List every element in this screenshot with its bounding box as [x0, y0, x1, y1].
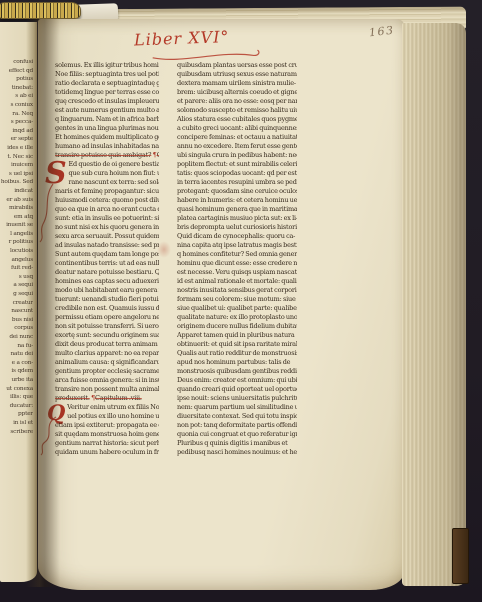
text-line: gentium propter ecclesię sacramentum in — [55, 367, 159, 376]
text-column-right: quibusdam plantas uersas esse post crura… — [177, 61, 297, 457]
text-line: diuersitate contexat. Sed qui totu inspi… — [177, 412, 297, 421]
text-line: credibile non est. Quamuis iussu dei siu… — [55, 304, 159, 313]
photo-backdrop: confusieffect qdpotiustinebat:s ab eis c… — [0, 0, 482, 602]
margin-fragment-line: inuicem — [0, 161, 33, 170]
text-line: annu no excedere. Item ferut esse gentem — [177, 142, 297, 151]
margin-fragment-line: na fu- — [0, 342, 33, 351]
text-line: totidemq lingue per terras esse coeperut… — [55, 88, 159, 97]
text-line: quibusdam plantas uersas esse post crura… — [177, 61, 297, 70]
margin-fragment-line: bus nisi — [0, 316, 33, 325]
text-line: q linguarum. Nam et in africa barbaras — [55, 115, 159, 124]
text-line: quando creari quid oporteat uel oportuer… — [177, 385, 297, 394]
text-column-left: solemus. Ex illis igitur tribus hominibu… — [55, 61, 159, 457]
margin-fragment-line: confusi — [0, 58, 33, 67]
text-line: in terra iacentes resupini umbra se pedu — [177, 178, 297, 187]
text-line: siue qualibet ui: qualibet parte: qualib… — [177, 304, 297, 313]
margin-fragment-line: in isl et — [0, 419, 33, 428]
text-line: solemus. Ex illis igitur tribus hominibu… — [55, 61, 159, 70]
left-margin-fragments: confusieffect qdpotiustinebat:s ab eis c… — [0, 58, 33, 436]
margin-fragment-line: corpus — [0, 324, 33, 333]
text-line: animalium causa: q significandaru uariet… — [55, 358, 159, 367]
margin-fragment-line: e a con- — [0, 359, 33, 368]
text-line: tatis: quos sciopodas uocant: qd per est… — [177, 169, 297, 178]
text-line: dixit deus producat terra animam uiuam: — [55, 340, 159, 349]
text-line: humano ad insulas inhabitadas nauigio — [55, 142, 159, 151]
running-title-text: Liber XVI° — [134, 27, 230, 49]
text-line: apud nos hominum partubus: talis de — [177, 358, 297, 367]
text-line: hominu que dicunt esse: esse credere non — [177, 259, 297, 268]
margin-fragment-line: effect qd — [0, 67, 33, 76]
headband — [0, 2, 81, 19]
margin-fragment-line: a sequi — [0, 281, 33, 290]
margin-fragment-line: s uel ipsi — [0, 170, 33, 179]
text-line: quę crescedo et insulas impleuerut. Auct… — [55, 97, 159, 106]
text-line: tuerunt: uenandi studio fieri potuisse i… — [55, 295, 159, 304]
ink-offset-stain — [157, 241, 171, 258]
text-line: id est animal rationale et mortale: qual… — [177, 277, 297, 286]
margin-fragment-line: inuenit se — [0, 221, 33, 230]
margin-fragment-line: scribere — [0, 428, 33, 437]
text-line: platea cartaginis musiuo picta sut: ex l… — [177, 214, 297, 223]
right-page: Liber XVI° 163 solemus. Ex illis igitur … — [38, 19, 404, 590]
text-line: formam seu colorem: siue motum: siue son… — [177, 295, 297, 304]
text-line: Noe filiis: septuaginta tres uel potius … — [55, 70, 159, 79]
text-line: uel potius ex illo uno homine unde — [67, 412, 159, 421]
margin-fragment-line: t. Nec sic — [0, 153, 33, 162]
text-line: ad insulas natado transisse: sed proxima… — [55, 241, 159, 250]
margin-fragment-line: ut conexa — [0, 385, 33, 394]
text-line: nem: quarum partium uel similitudine uel — [177, 403, 297, 412]
text-line: ubi singula crura in pedibus habent: nec — [177, 151, 297, 160]
text-line: quasi hominum genera que in maritima — [177, 205, 297, 214]
text-line: ipse nouit: sciens uniuersitatis pulchri… — [177, 394, 297, 403]
text-line: quidam unum habere oculum in frote media… — [55, 448, 159, 457]
text-line: pedibusq nasci homines nouimus: et hec l… — [177, 448, 297, 457]
margin-fragment-line: indicat — [0, 187, 33, 196]
text-line: dextera mamam uirilem sinistra mulie- — [177, 79, 297, 88]
text-line: Ed questio de oi genere bestiaru est: — [68, 160, 159, 169]
text-line: obtinuerit: et quid sit ipsa raritate mi… — [177, 340, 297, 349]
text-line: originem ducere nullus fidelium dubitaue… — [177, 322, 297, 331]
text-line: quonia cui congruat et quo referatur ign… — [177, 430, 297, 439]
text-line: ratio declarata e septuagintaduę gentes: — [55, 79, 159, 88]
text-line: nostris inusitata sensibus gerat corpori… — [177, 286, 297, 295]
margin-fragment-line: natu dei — [0, 350, 33, 359]
margin-fragment-line: hoibus. Sed — [0, 178, 33, 187]
text-line: protegant: quosdam sine ceruice oculos — [177, 187, 297, 196]
text-line: nina capita atq ipse latratus magis best… — [177, 241, 297, 250]
text-line: gentium narrat historia: sicut perhibent… — [55, 439, 159, 448]
text-line: exortę sunt: secundu originem suam quado — [55, 331, 159, 340]
margin-fragment-line: illis: que — [0, 393, 33, 402]
margin-fragment-line: l angelis — [0, 230, 33, 239]
text-line: est necesse. Veru quisqs uspiam nascat h… — [177, 268, 297, 277]
text-line: brem: uicibusq alternis coeudo et gigner… — [177, 88, 297, 97]
text-line: transire potuisse quis ambigat? ¶Ca. vii… — [55, 151, 159, 160]
margin-fragment-line: angelus — [0, 256, 33, 265]
folio-number: 163 — [368, 24, 395, 40]
text-line: est aute numerus gentium multo amplius — [55, 106, 159, 115]
text-line: habere in humeris: et cetera hominu uel — [177, 196, 297, 205]
margin-fragment-line: s coniux — [0, 101, 33, 110]
margin-fragment-line: em atq — [0, 213, 33, 222]
text-line: no sunt nisi ex his quoru genera in utro… — [55, 223, 159, 232]
margin-fragment-line: is qdem — [0, 367, 33, 376]
text-line: rane nascunt ex terra: sed sola comixtio… — [68, 178, 159, 187]
text-line: sunt: etia in insulis ee potuerint: si r… — [55, 214, 159, 223]
left-page-sliver: confusieffect qdpotiustinebat:s ab eis c… — [0, 22, 37, 582]
text-line: et parere: aliis ora no esse: eosq per n… — [177, 97, 297, 106]
text-line: gentes in una lingua plurimas nouimus. — [55, 124, 159, 133]
text-line: quibusdam utriusq sexus esse naturam: et — [177, 70, 297, 79]
text-line: solomodo suscepto et remisso halitu uiue… — [177, 106, 297, 115]
margin-fragment-line: g sequi — [0, 290, 33, 299]
text-line: que sub cura hoium non fiut: uel sicuti — [68, 169, 159, 178]
drop-cap-q: Q — [47, 404, 65, 421]
text-line: produxerit. ¶Capitulum .viii. — [55, 394, 159, 403]
text-line: permissu etiam opere angeloru negandum — [55, 313, 159, 322]
text-line: Apparet tamen quid in pluribus natura — [177, 331, 297, 340]
margin-fragment-line: er septe — [0, 135, 33, 144]
margin-fragment-line: urbe ita — [0, 376, 33, 385]
margin-fragment-line: tinebat: — [0, 84, 33, 93]
text-line: poplitem flectut: et sunt mirabilis cele… — [177, 160, 297, 169]
margin-fragment-line: s ab ei — [0, 92, 33, 101]
text-line: transire non possent multa animalia terr… — [55, 385, 159, 394]
text-line: non sit potuisse transferri. Si uero ex … — [55, 322, 159, 331]
margin-fragment-line: fuit red- — [0, 264, 33, 273]
text-line: deatur natare potuisse bestiaru. Quod si — [55, 268, 159, 277]
drop-cap-s: S — [45, 161, 66, 186]
text-line: modo ubi habitabant earu genera insti- — [55, 286, 159, 295]
text-line: arca fuisse omnia genera: si in insulis … — [55, 376, 159, 385]
text-line: non pot: tanq deformitate partis offendi… — [177, 421, 297, 430]
margin-fragment-line: r politius — [0, 238, 33, 247]
margin-fragment-line: ducatur: — [0, 402, 33, 411]
text-line: quo ea que in arca no erant cucta deleta — [55, 205, 159, 214]
text-line: monstruosis quibusdam gentibus reddi pot… — [177, 367, 297, 376]
margin-fragment-line: ra. Neq — [0, 110, 33, 119]
margin-fragment-line: er ab suis — [0, 196, 33, 205]
margin-fragment-line: dei nunc — [0, 333, 33, 342]
margin-fragment-line: nascunt — [0, 307, 33, 316]
running-title: Liber XVI° — [134, 26, 275, 50]
text-line: qualitate nature: ex illo protoplasto un… — [177, 313, 297, 322]
text-line: Pluribus q quinis digitis i manibus et — [177, 439, 297, 448]
margin-fragment-line: mirabilis — [0, 204, 33, 213]
text-line: sit quędam monstruosa hoim genera que — [55, 430, 159, 439]
margin-fragment-line: creatur — [0, 299, 33, 308]
fore-edge-leather-tab — [452, 528, 469, 584]
text-line: a cubito greci uocant: alibi quinquennes — [177, 124, 297, 133]
text-line: homines eas captas secu aduexerint: et e… — [55, 277, 159, 286]
margin-fragment-line: locutiois — [0, 247, 33, 256]
margin-fragment-line: s usq — [0, 273, 33, 282]
text-line: Deus enim: creator est omnium: qui ubi e… — [177, 376, 297, 385]
fore-edge-pages — [402, 23, 466, 586]
text-line: concipere feminas: et octauu a natiuitat… — [177, 133, 297, 142]
text-line: bris deprompta uelut curiosioris histori… — [177, 223, 297, 232]
text-line: Qualis aut ratio redditur de monstruosis — [177, 349, 297, 358]
text-line: Quid dicam de cynocephalis: quoru ca- — [177, 232, 297, 241]
text-line: continentibus terris: ut ad eas nulla ui… — [55, 259, 159, 268]
margin-fragment-line: s pecca- — [0, 118, 33, 127]
margin-fragment-line: ides e ille — [0, 144, 33, 153]
margin-fragment-line: potius — [0, 75, 33, 84]
text-line: q homines confitetur? Sed omnia genera — [177, 250, 297, 259]
margin-fragment-line: inqd ad — [0, 127, 33, 136]
text-line: huiusmodi cetera: quomo post diluuium — [55, 196, 159, 205]
text-line: sexu arca seruauit. Possut quidem credi — [55, 232, 159, 241]
text-line: Veritur enim utrum ex filiis Noe: — [67, 403, 159, 412]
text-line: Alios statura esse cubitales quos pygmeo… — [177, 115, 297, 124]
margin-fragment-line: ppter — [0, 410, 33, 419]
text-line: maris et feminę propagantur: sicut lupi … — [55, 187, 159, 196]
text-line: Sunt autem quędam tam longe positę a — [55, 250, 159, 259]
text-line: multo clarius apparet: no ea reparandoru — [55, 349, 159, 358]
text-line: etiam ipsi extiterut: propagata ee crede… — [55, 421, 159, 430]
text-line: Et homines quidem multiplicato genere — [55, 133, 159, 142]
